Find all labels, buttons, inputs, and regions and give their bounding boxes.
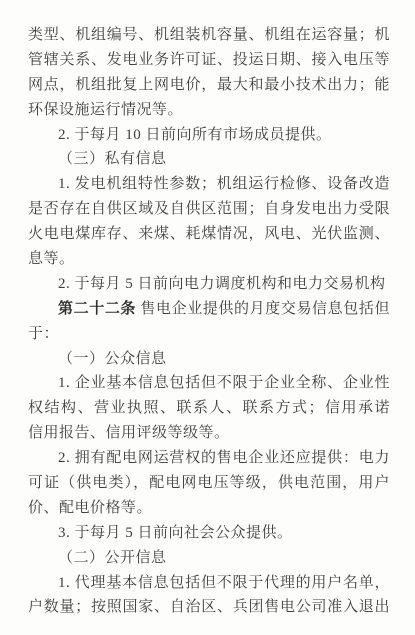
text-line: 信用报告、信用评级等级等。	[28, 421, 390, 446]
text-segment: 网点，机组批复上网电价，最大和最小技术出力；能耗水平、	[28, 77, 390, 98]
text-segment: 是否存在自供区域及自供区范围；自身发电出力受限情况；	[28, 201, 390, 222]
text-line: 环保设施运行情况等。	[28, 98, 390, 123]
text-segment: 权结构、营业执照、联系人、联系方式；信用承诺书、企业	[28, 400, 390, 421]
text-segment: 2. 于每月 5 日前向电力调度机构和电力交易机构提供。	[28, 276, 386, 297]
text-line: 是否存在自供区域及自供区范围；自身发电出力受限情况；	[28, 197, 390, 222]
text-line: 1. 代理基本信息包括但不限于代理的用户名单，代理用	[28, 571, 390, 596]
text-segment: 户数量；按照国家、自治区、兵团售电公司准入退出标准确	[28, 599, 390, 620]
text-segment: 可证（供电类），配电网电压等级，供电范围，用户目录电	[28, 475, 390, 496]
text-line: 2. 拥有配电网运营权的售电企业还应提供：电力业务许	[28, 446, 390, 471]
text-line: 权结构、营业执照、联系人、联系方式；信用承诺书、企业	[28, 396, 390, 421]
text-line: 2. 于每月 5 日前向电力调度机构和电力交易机构提供。	[28, 272, 390, 297]
text-segment: （三）私有信息	[58, 151, 167, 167]
text-segment: 3. 于每月 5 日前向社会公众提供。	[58, 525, 293, 541]
text-segment: 火电电煤库存、来煤、耗煤情况，风电、光伏监测、气象信	[28, 226, 390, 247]
text-segment: 2. 拥有配电网运营权的售电企业还应提供：电力业务许	[28, 450, 390, 471]
text-segment: （二）公开信息	[58, 550, 167, 566]
text-segment: 类型、机组编号、机组装机容量、机组在运容量；机组调度	[28, 27, 390, 48]
text-segment: 信用报告、信用评级等级等。	[28, 425, 230, 441]
text-segment: 2. 于每月 10 日前向所有市场成员提供。	[58, 127, 332, 143]
text-line: 可证（供电类），配电网电压等级，供电范围，用户目录电	[28, 471, 390, 496]
text-line: 息等。	[28, 247, 390, 272]
text-segment: 1. 代理基本信息包括但不限于代理的用户名单，代理用	[28, 575, 390, 596]
text-segment: （一）公众信息	[58, 351, 167, 367]
text-line: 网点，机组批复上网电价，最大和最小技术出力；能耗水平、	[28, 73, 390, 98]
article-number-label: 第二十二条	[58, 301, 136, 317]
text-segment: 1. 发电机组特性参数；机组运行检修、设备改造情况；	[28, 176, 390, 197]
document-page: 类型、机组编号、机组装机容量、机组在运容量；机组调度管辖关系、发电业务许可证、投…	[0, 0, 415, 635]
text-line: （一）公众信息	[28, 347, 390, 372]
text-line: 第二十二条 售电企业提供的月度交易信息包括但不限	[28, 297, 390, 322]
text-segment: 于：	[28, 326, 59, 342]
text-line: （二）公开信息	[28, 546, 390, 571]
document-text-block: 类型、机组编号、机组装机容量、机组在运容量；机组调度管辖关系、发电业务许可证、投…	[28, 23, 390, 620]
text-line: 1. 企业基本信息包括但不限于企业全称、企业性质、股	[28, 371, 390, 396]
text-segment: 息等。	[28, 251, 75, 267]
text-line: 户数量；按照国家、自治区、兵团售电公司准入退出标准确	[28, 595, 390, 620]
text-line: 于：	[28, 322, 390, 347]
text-segment: 管辖关系、发电业务许可证、投运日期、接入电压等级，并	[28, 52, 390, 73]
text-segment: 价、配电价格等。	[28, 500, 152, 516]
text-segment: 环保设施运行情况等。	[28, 102, 183, 118]
text-line: 管辖关系、发电业务许可证、投运日期、接入电压等级，并	[28, 48, 390, 73]
text-line: 价、配电价格等。	[28, 496, 390, 521]
text-segment: 1. 企业基本信息包括但不限于企业全称、企业性质、股	[28, 375, 390, 396]
text-line: （三）私有信息	[28, 147, 390, 172]
text-line: 1. 发电机组特性参数；机组运行检修、设备改造情况；	[28, 172, 390, 197]
text-line: 火电电煤库存、来煤、耗煤情况，风电、光伏监测、气象信	[28, 222, 390, 247]
text-line: 3. 于每月 5 日前向社会公众提供。	[28, 521, 390, 546]
text-line: 类型、机组编号、机组装机容量、机组在运容量；机组调度	[28, 23, 390, 48]
text-line: 2. 于每月 10 日前向所有市场成员提供。	[28, 123, 390, 148]
